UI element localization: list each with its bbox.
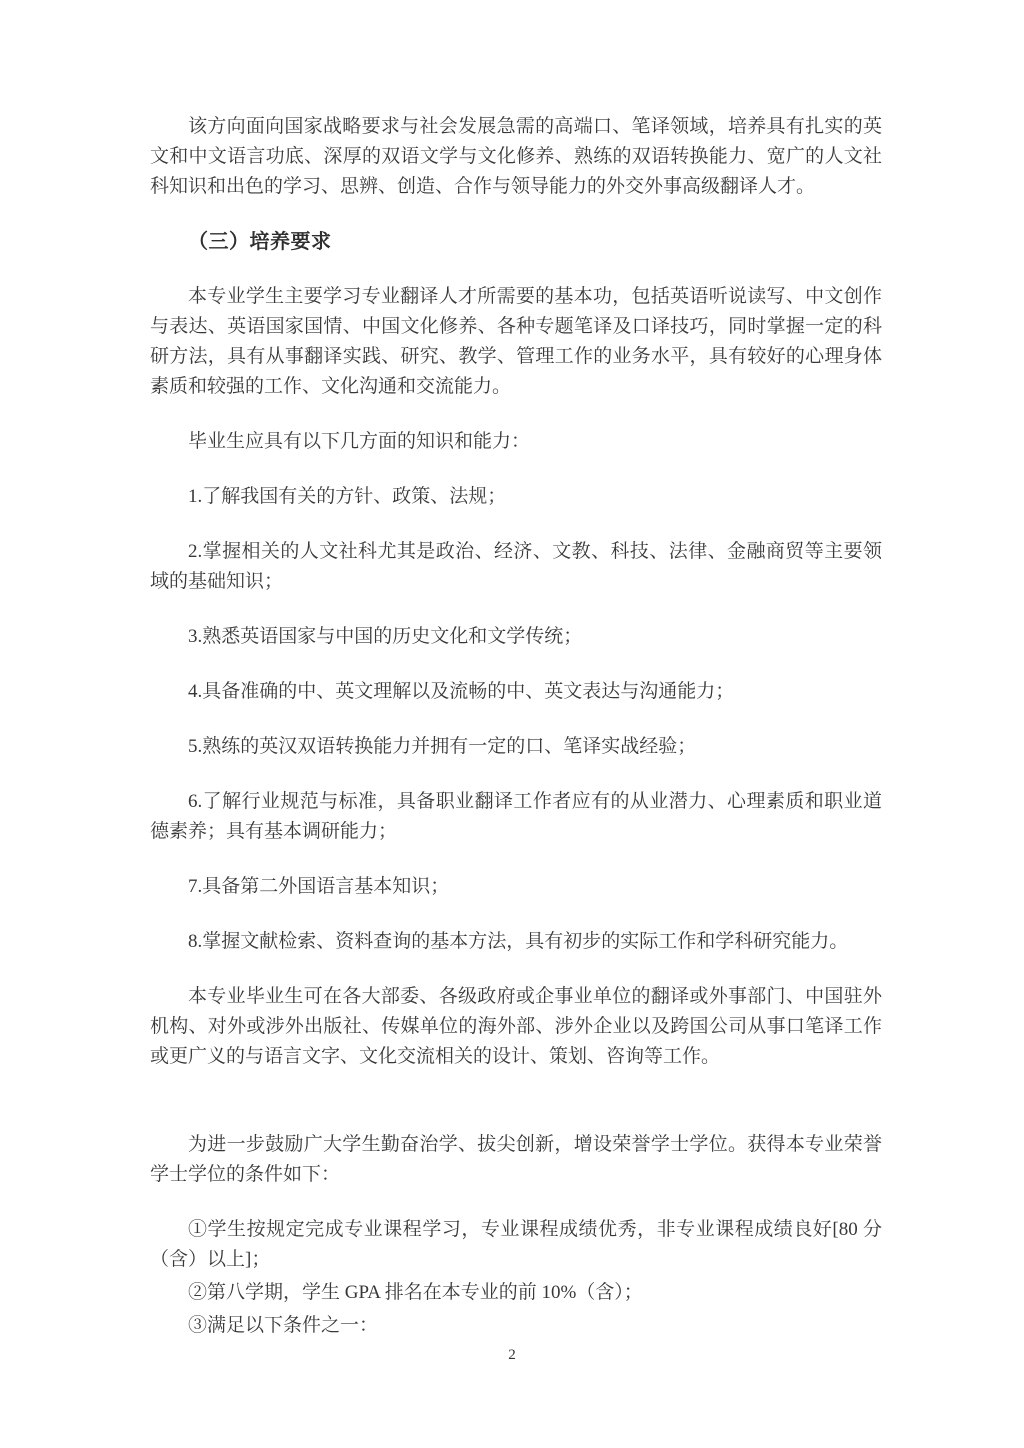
- honors-condition-1: ①学生按规定完成专业课程学习，专业课程成绩优秀，非专业课程成绩良好[80 分（含…: [150, 1215, 882, 1275]
- list-item-4: 4.具备准确的中、英文理解以及流畅的中、英文表达与沟通能力；: [150, 677, 882, 707]
- honors-condition-2: ②第八学期，学生 GPA 排名在本专业的前 10%（含）；: [150, 1278, 882, 1308]
- paragraph-honors-degree: 为进一步鼓励广大学生勤奋治学、拔尖创新，增设荣誉学士学位。获得本专业荣誉学士学位…: [150, 1130, 882, 1190]
- paragraph-training-requirements: 本专业学生主要学习专业翻译人才所需要的基本功，包括英语听说读写、中文创作与表达、…: [150, 282, 882, 402]
- page-number: 2: [0, 1347, 1024, 1364]
- honors-condition-3: ③满足以下条件之一：: [150, 1311, 882, 1341]
- list-item-8: 8.掌握文献检索、资料查询的基本方法，具有初步的实际工作和学科研究能力。: [150, 927, 882, 957]
- list-item-2: 2.掌握相关的人文社科尤其是政治、经济、文教、科技、法律、金融商贸等主要领域的基…: [150, 537, 882, 597]
- paragraph-graduates-intro: 毕业生应具有以下几方面的知识和能力：: [150, 427, 882, 457]
- paragraph-direction-intro: 该方向面向国家战略要求与社会发展急需的高端口、笔译领域，培养具有扎实的英文和中文…: [150, 112, 882, 202]
- section-heading-training-requirements: （三）培养要求: [150, 227, 882, 257]
- list-item-6: 6.了解行业规范与标准，具备职业翻译工作者应有的从业潜力、心理素质和职业道德素养…: [150, 787, 882, 847]
- honors-conditions-list: ①学生按规定完成专业课程学习，专业课程成绩优秀，非专业课程成绩良好[80 分（含…: [150, 1215, 882, 1341]
- document-content: 该方向面向国家战略要求与社会发展急需的高端口、笔译领域，培养具有扎实的英文和中文…: [150, 112, 882, 1344]
- list-item-1: 1.了解我国有关的方针、政策、法规；: [150, 482, 882, 512]
- list-item-7: 7.具备第二外国语言基本知识；: [150, 872, 882, 902]
- list-item-3: 3.熟悉英语国家与中国的历史文化和文学传统；: [150, 622, 882, 652]
- document-page: 该方向面向国家战略要求与社会发展急需的高端口、笔译领域，培养具有扎实的英文和中文…: [0, 0, 1024, 1448]
- paragraph-career-prospects: 本专业毕业生可在各大部委、各级政府或企事业单位的翻译或外事部门、中国驻外机构、对…: [150, 982, 882, 1072]
- list-item-5: 5.熟练的英汉双语转换能力并拥有一定的口、笔译实战经验；: [150, 732, 882, 762]
